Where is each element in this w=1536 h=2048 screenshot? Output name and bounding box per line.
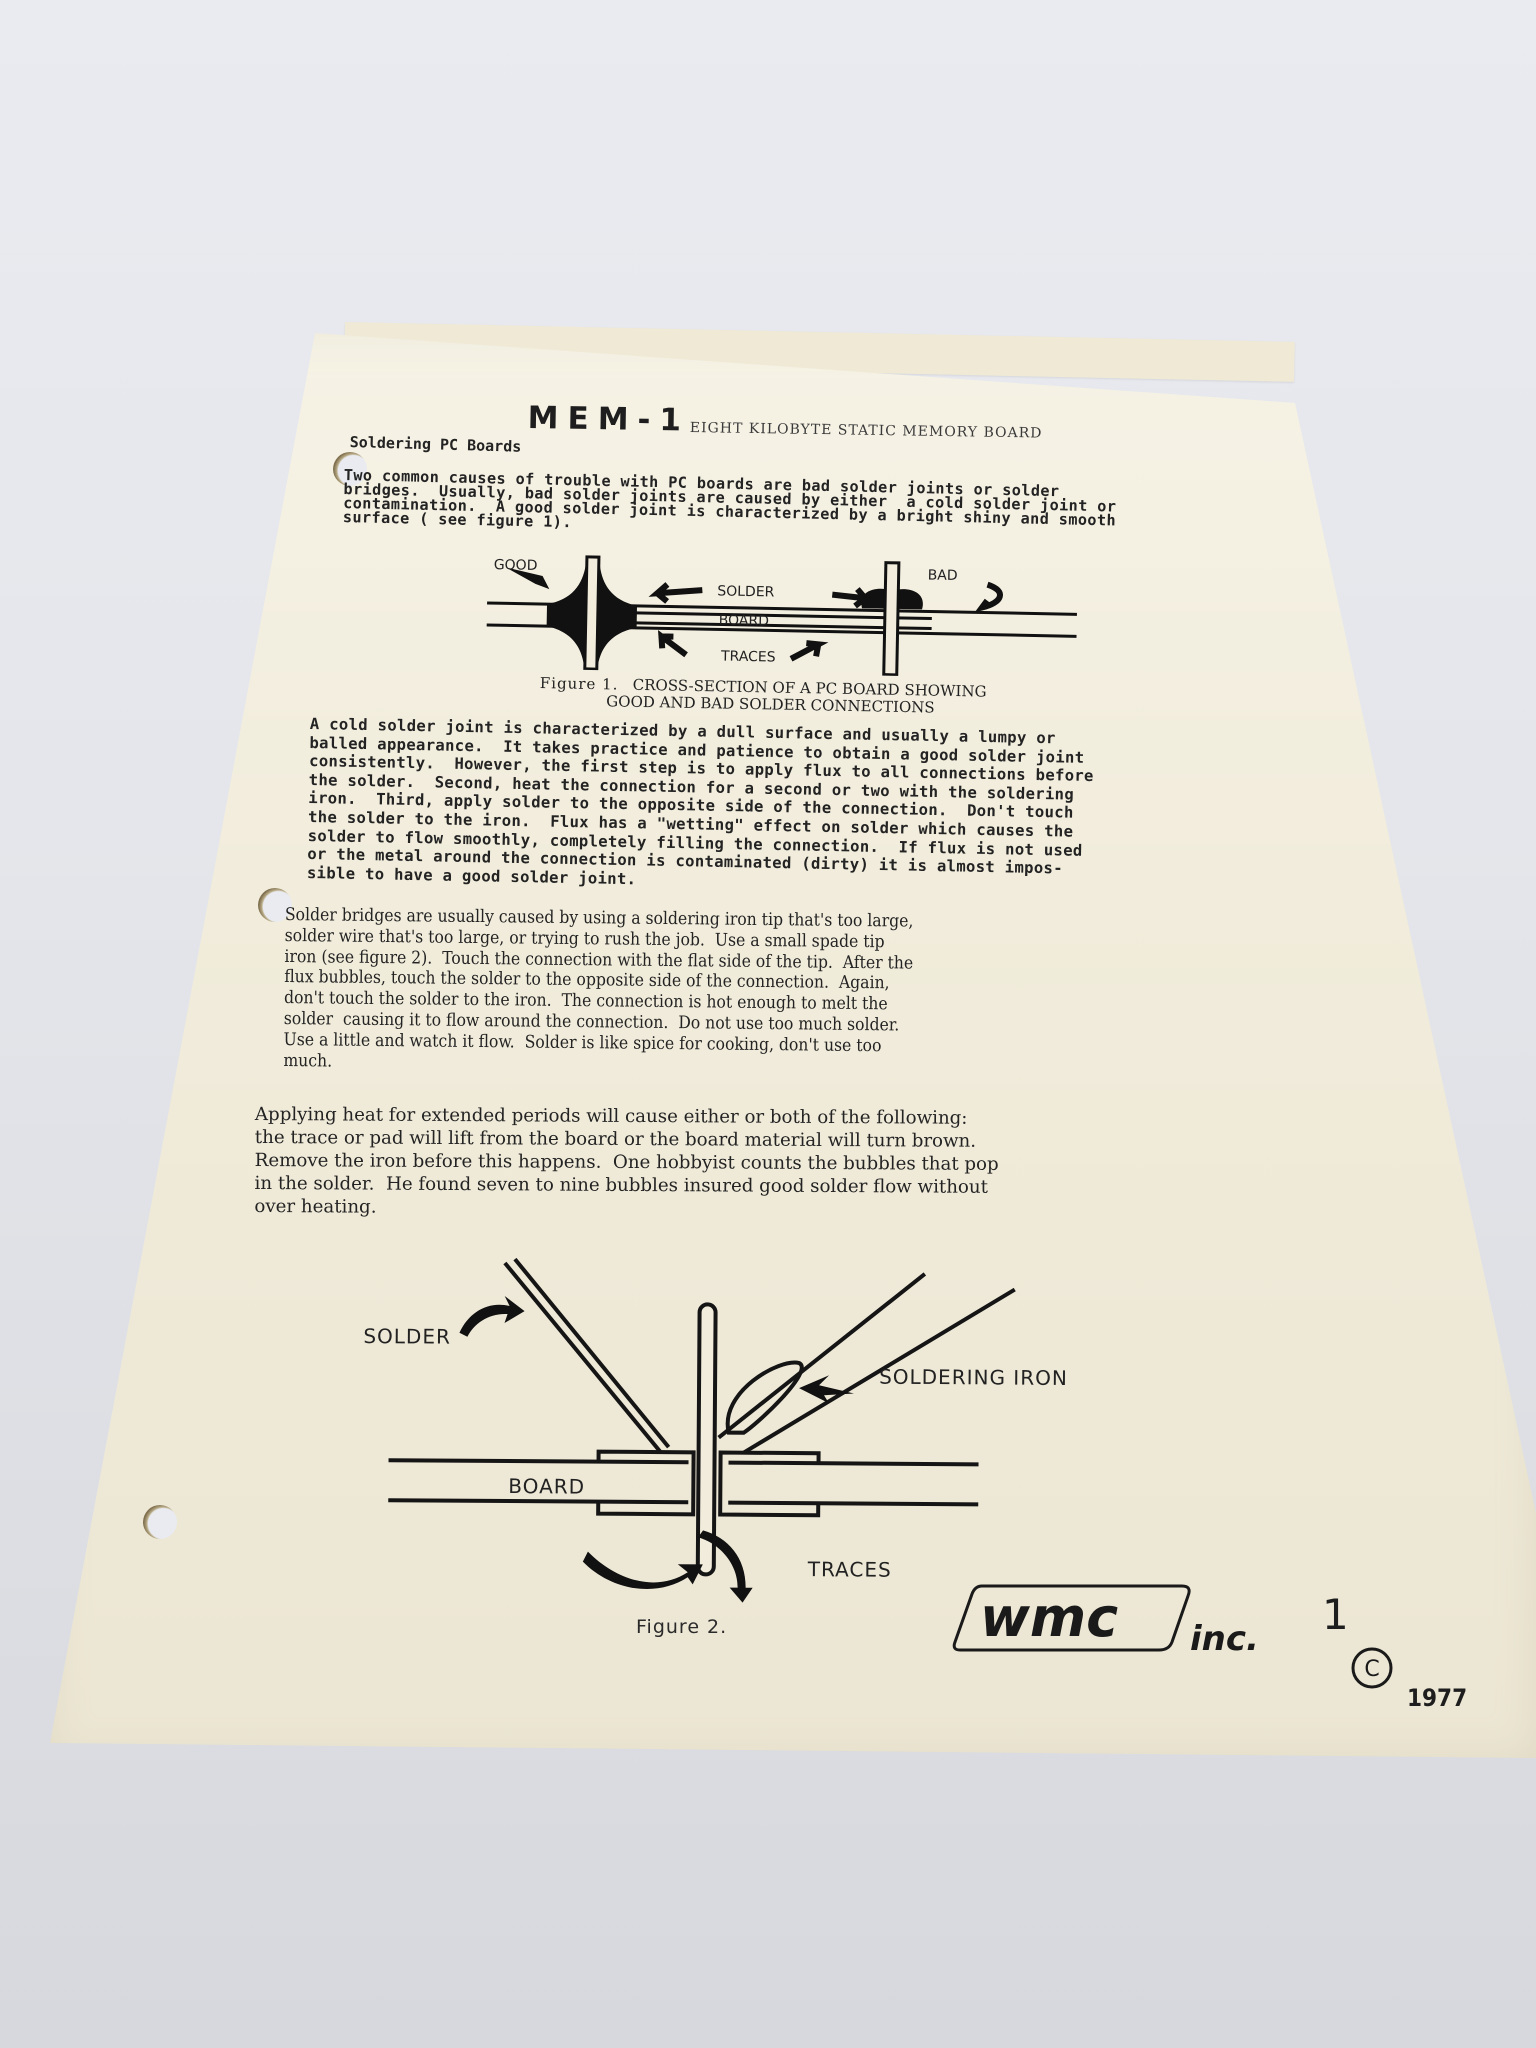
document-title: MEM-1: [527, 400, 690, 439]
figure-2-soldering-diagram: SOLDER SOLDERING IRON BOARD TRACES: [357, 1250, 1240, 1636]
paragraph-solder-bridges: Solder bridges are usually caused by usi…: [283, 905, 913, 1078]
wmc-logo: wmc inc.: [952, 1580, 1292, 1660]
fig1-label-bad: BAD: [927, 567, 957, 584]
fig1-label-good: GOOD: [494, 557, 538, 574]
fig2-label-board: BOARD: [508, 1474, 585, 1499]
copyright-icon: C: [1350, 1646, 1394, 1690]
logo-suffix: inc.: [1190, 1619, 1259, 1659]
fig2-label-soldering-iron: SOLDERING IRON: [879, 1365, 1068, 1390]
punch-hole-bottom: [143, 1505, 177, 1539]
fig1-label-traces: TRACES: [720, 648, 776, 665]
fig1-label-board: BOARD: [719, 612, 770, 629]
figure-1-cross-section-diagram: GOOD SOLDER BOARD TRACES BAD: [486, 553, 1088, 679]
fig1-label-solder: SOLDER: [717, 583, 775, 600]
figure-1-caption-lead: Figure 1.: [540, 674, 619, 694]
logo-text: wmc: [980, 1586, 1118, 1649]
fig2-label-traces: TRACES: [807, 1557, 892, 1582]
figure-2-caption: Figure 2.: [636, 1616, 727, 1638]
copyright-year: 1977: [1407, 1684, 1467, 1712]
paragraph-extended-heat: Applying heat for extended periods will …: [254, 1103, 999, 1222]
svg-text:C: C: [1364, 1657, 1379, 1682]
fig2-label-solder: SOLDER: [363, 1324, 451, 1349]
paragraph-cold-joint: A cold solder joint is characterized by …: [307, 715, 1095, 897]
page-number: 1: [1322, 1590, 1349, 1639]
